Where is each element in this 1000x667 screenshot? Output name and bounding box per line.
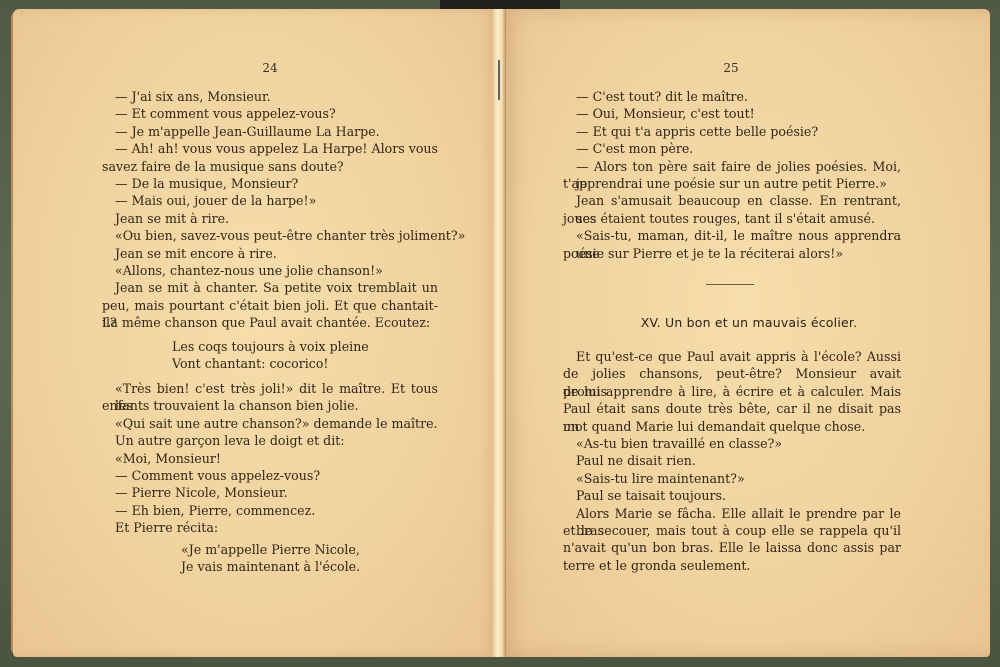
verse-line: Vont chantant: cocorico! [172, 355, 432, 372]
text-line: poésie sur Pierre et je te la réciterai … [563, 245, 901, 262]
text-line: «Sais-tu lire maintenant?» [563, 470, 901, 487]
text-line: — Pierre Nicole, Monsieur. [102, 484, 438, 501]
text-line: et le secouer, mais tout à coup elle se … [563, 522, 901, 539]
verse-line: Les coqs toujours à voix pleine [172, 338, 432, 355]
text-line: «Moi, Monsieur! [102, 450, 438, 467]
chapter-heading: XV. Un bon et un mauvais écolier. [563, 315, 935, 330]
text-line: terre et le gronda seulement. [563, 557, 901, 574]
text-line: mot quand Marie lui demandait quelque ch… [563, 418, 901, 435]
left-page-text: — J'ai six ans, Monsieur. — Et comment v… [102, 88, 438, 331]
text-line: Paul était sans doute très bête, car il … [563, 400, 901, 417]
text-line: Alors Marie se fâcha. Elle allait le pre… [563, 505, 901, 522]
text-line: «Très bien! c'est très joli!» dit le maî… [102, 380, 438, 397]
right-page-text: — C'est tout? dit le maître. — Oui, Mons… [563, 88, 901, 262]
chapter-text: Et qu'est-ce que Paul avait appris à l'é… [563, 348, 901, 574]
text-line: — C'est mon père. [563, 140, 901, 157]
text-line: «Ou bien, savez-vous peut-être chanter t… [102, 227, 438, 244]
text-line: joues étaient toutes rouges, tant il s'é… [563, 210, 901, 227]
text-line: «Sais-tu, maman, dit-il, le maître nous … [563, 227, 901, 244]
text-line: savez faire de la musique sans doute? [102, 158, 438, 175]
book-gutter [492, 9, 506, 657]
section-divider [706, 284, 754, 285]
text-line: «Allons, chantez-nous une jolie chanson!… [102, 262, 438, 279]
text-line: — Et comment vous appelez-vous? [102, 105, 438, 122]
text-line: — J'ai six ans, Monsieur. [102, 88, 438, 105]
text-line: — Alors ton père sait faire de jolies po… [563, 158, 901, 175]
text-line: — Ah! ah! vous vous appelez La Harpe! Al… [102, 140, 438, 157]
text-line: de lui apprendre à lire, à écrire et à c… [563, 383, 901, 400]
verse-block-1: Les coqs toujours à voix pleine Vont cha… [172, 338, 432, 373]
text-line: t'apprendrai une poésie sur un autre pet… [563, 175, 901, 192]
verse-block-2: «Je m'appelle Pierre Nicole, Je vais mai… [181, 541, 441, 576]
text-line: — C'est tout? dit le maître. [563, 88, 901, 105]
text-line: de jolies chansons, peut-être? Monsieur … [563, 365, 901, 382]
text-line: — Et qui t'a appris cette belle poésie? [563, 123, 901, 140]
text-line: Et Pierre récita: [102, 519, 438, 536]
text-line: Un autre garçon leva le doigt et dit: [102, 432, 438, 449]
text-line: — Je m'appelle Jean-Guillaume La Harpe. [102, 123, 438, 140]
verse-line: Je vais maintenant à l'école. [181, 558, 441, 575]
text-line: Paul ne disait rien. [563, 452, 901, 469]
text-line: — Oui, Monsieur, c'est tout! [563, 105, 901, 122]
text-line: «As-tu bien travaillé en classe?» [563, 435, 901, 452]
text-line: La même chanson que Paul avait chantée. … [102, 314, 438, 331]
text-line: Et qu'est-ce que Paul avait appris à l'é… [563, 348, 901, 365]
text-line: Jean se mit à chanter. Sa petite voix tr… [102, 279, 438, 296]
text-line: — De la musique, Monsieur? [102, 175, 438, 192]
text-line: Jean s'amusait beaucoup en classe. En re… [563, 192, 901, 209]
text-line: — Comment vous appelez-vous? [102, 467, 438, 484]
text-line: Paul se taisait toujours. [563, 487, 901, 504]
page-number-left: 24 [250, 61, 290, 75]
page-number-right: 25 [711, 61, 751, 75]
binding-thread [498, 60, 500, 100]
text-line: «Qui sait une autre chanson?» demande le… [102, 415, 438, 432]
left-page-text-continued: «Très bien! c'est très joli!» dit le maî… [102, 380, 438, 537]
verse-line: «Je m'appelle Pierre Nicole, [181, 541, 441, 558]
text-line: — Mais oui, jouer de la harpe!» [102, 192, 438, 209]
text-line: peu, mais pourtant c'était bien joli. Et… [102, 297, 438, 314]
text-line: n'avait qu'un bon bras. Elle le laissa d… [563, 539, 901, 556]
text-line: Jean se mit encore à rire. [102, 245, 438, 262]
text-line: Jean se mit à rire. [102, 210, 438, 227]
text-line: enfants trouvaient la chanson bien jolie… [102, 397, 438, 414]
text-line: — Eh bien, Pierre, commencez. [102, 502, 438, 519]
